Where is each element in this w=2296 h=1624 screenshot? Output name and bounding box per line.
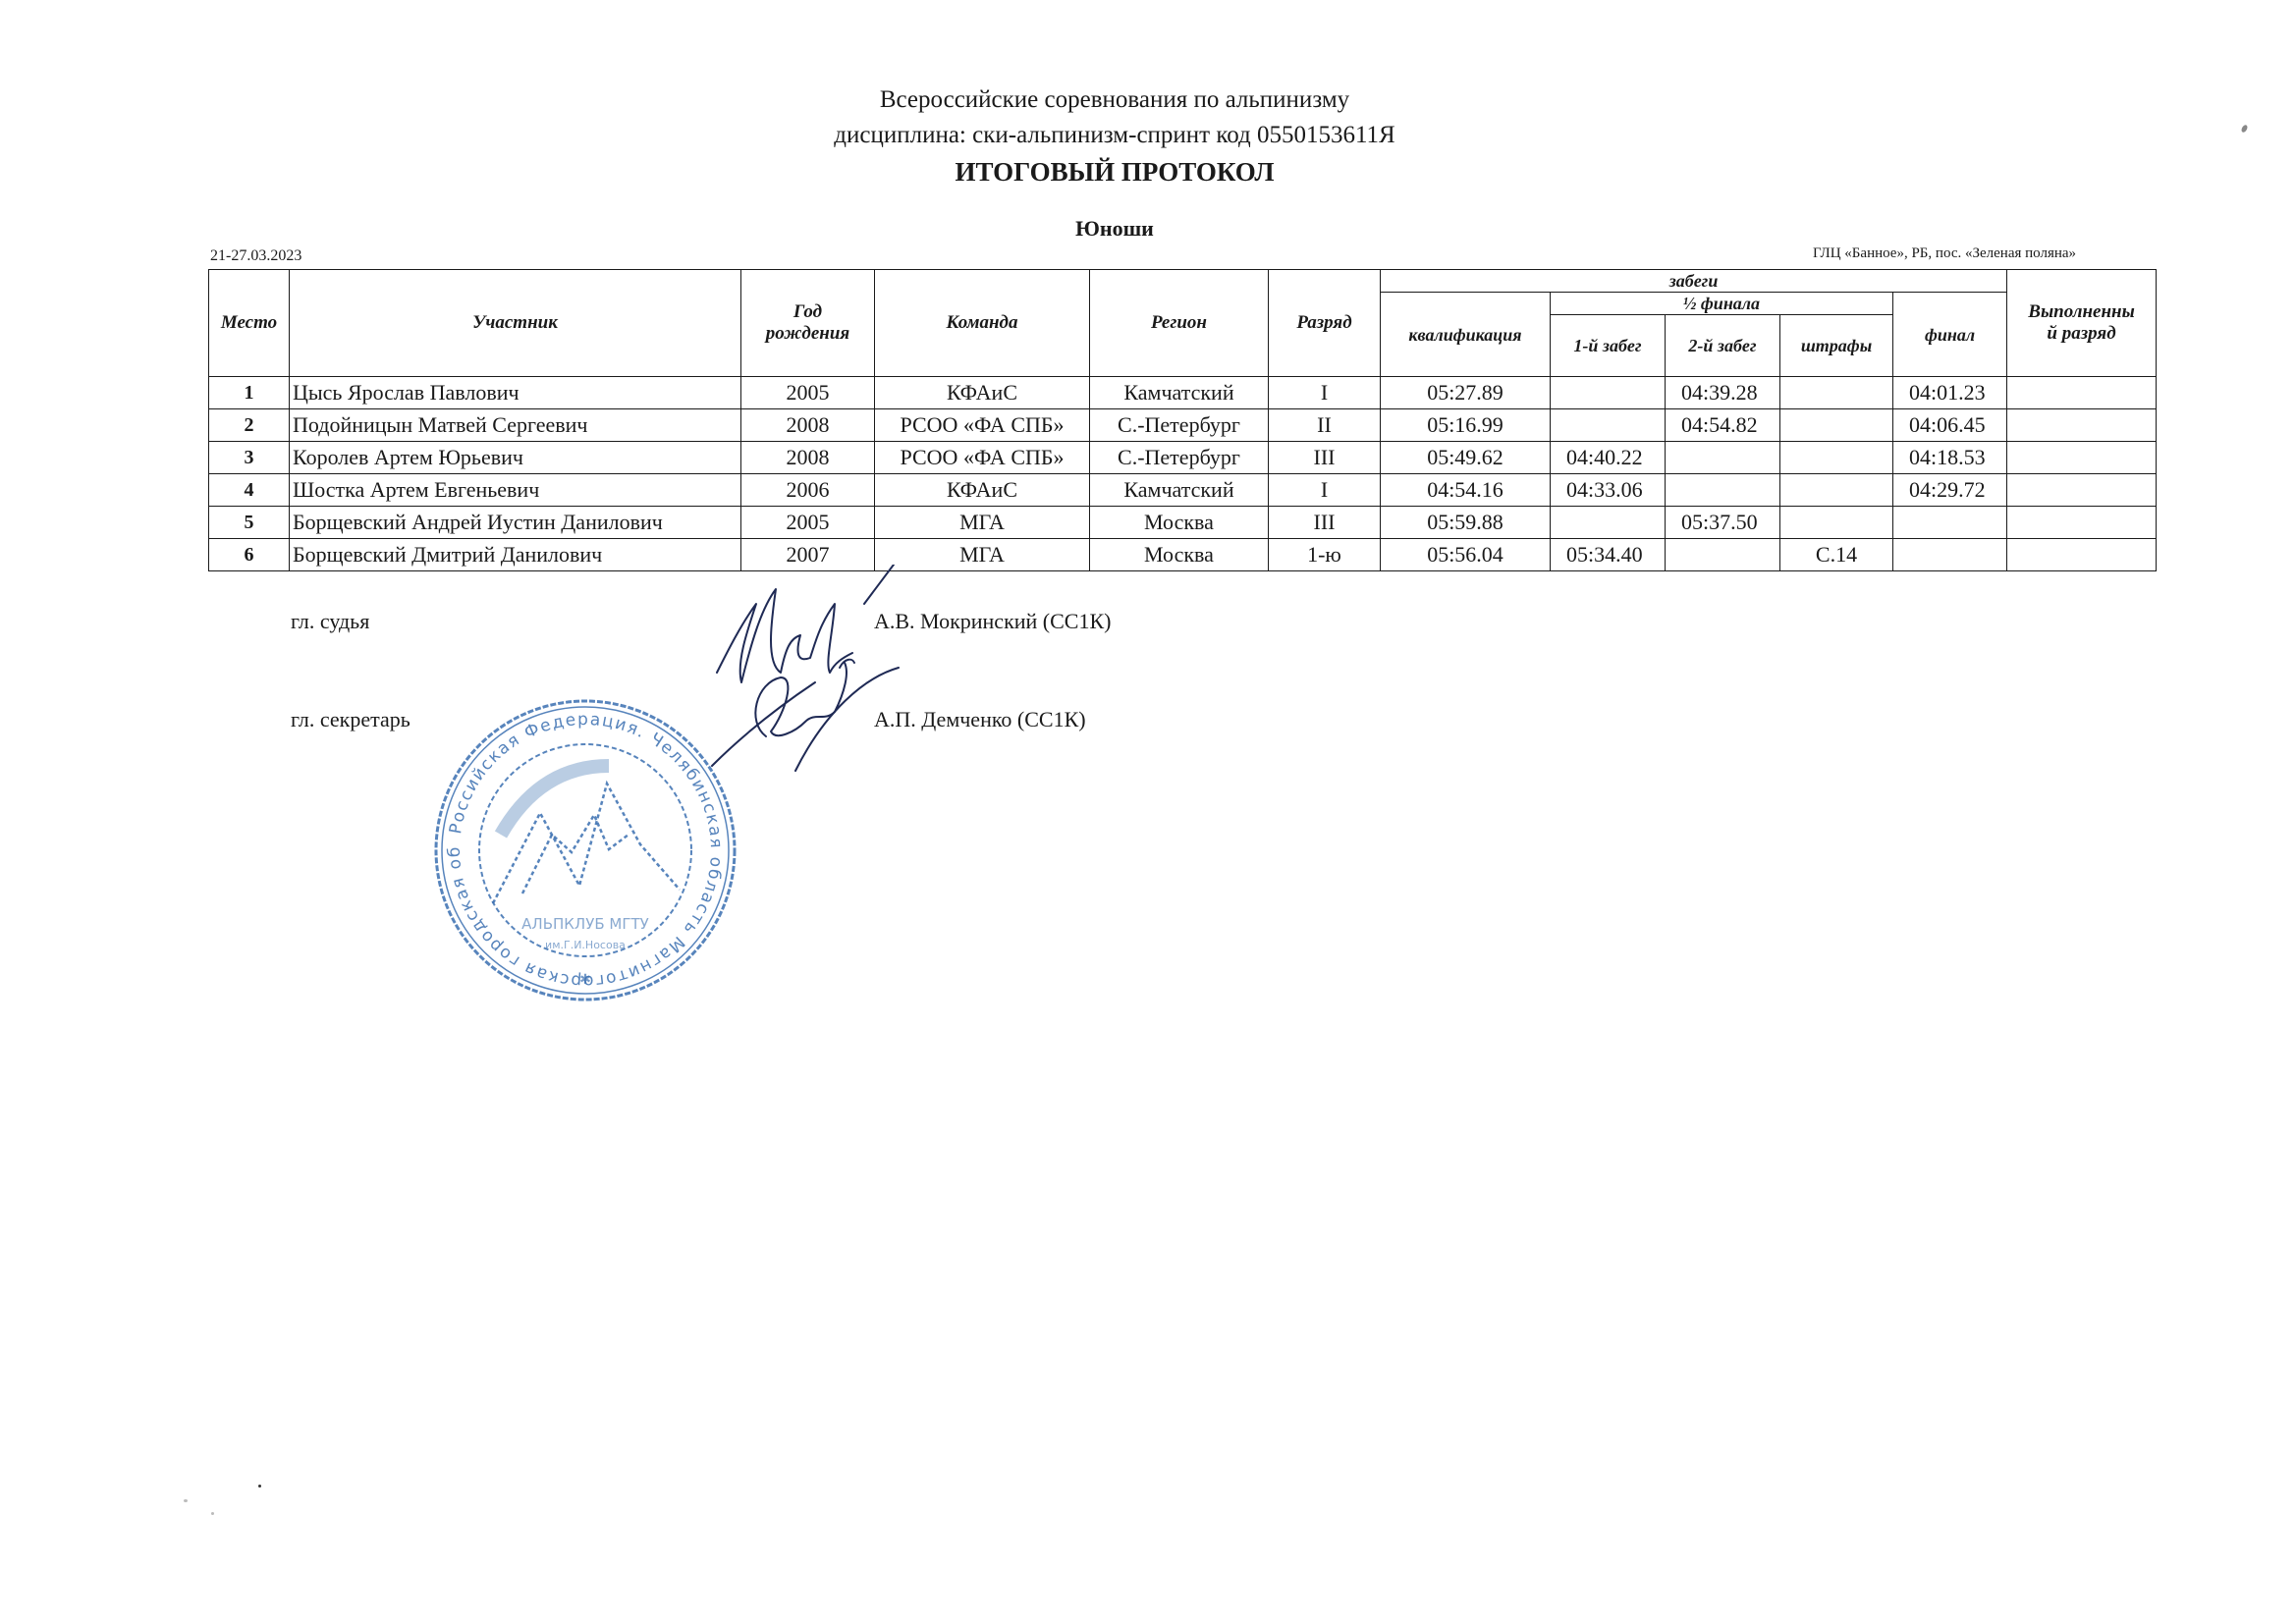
protocol-title: ИТОГОВЫЙ ПРОТОКОЛ xyxy=(0,157,2229,188)
table-row: 6Борщевский Дмитрий Данилович2007МГАМоск… xyxy=(209,539,2157,571)
table-row: 1Цысь Ярослав Павлович2005КФАиСКамчатски… xyxy=(209,377,2157,409)
cell-qualification: 04:54.16 xyxy=(1381,474,1551,507)
cell-rank: 1-ю xyxy=(1269,539,1381,571)
cell-final: 04:18.53 xyxy=(1893,442,2007,474)
cell-rank: II xyxy=(1269,409,1381,442)
cell-rank: III xyxy=(1269,507,1381,539)
cell-birth-year: 2008 xyxy=(741,442,875,474)
secretary-label: гл. секретарь xyxy=(291,707,410,732)
cell-region: Камчатский xyxy=(1090,377,1269,409)
cell-qualification: 05:56.04 xyxy=(1381,539,1551,571)
table-row: 4Шостка Артем Евгеньевич2006КФАиСКамчатс… xyxy=(209,474,2157,507)
scan-speck xyxy=(184,1499,188,1502)
stamp-inner-line1: АЛЬПКЛУБ МГТУ xyxy=(521,915,649,933)
cell-heat2: 05:37.50 xyxy=(1666,507,1780,539)
header-rank: Разряд xyxy=(1269,270,1381,377)
cell-heat1: 04:33.06 xyxy=(1551,474,1666,507)
cell-heat1 xyxy=(1551,409,1666,442)
cell-achieved-rank xyxy=(2007,474,2157,507)
cell-achieved-rank xyxy=(2007,409,2157,442)
svg-text:✱: ✱ xyxy=(579,973,591,988)
cell-participant: Королев Артем Юрьевич xyxy=(290,442,741,474)
cell-participant: Цысь Ярослав Павлович xyxy=(290,377,741,409)
cell-final: 04:06.45 xyxy=(1893,409,2007,442)
results-table: Место Участник Год рождения Команда Реги… xyxy=(208,269,2157,571)
cell-team: КФАиС xyxy=(875,474,1090,507)
cell-region: Москва xyxy=(1090,539,1269,571)
header-achieved-rank-line1: Выполненны xyxy=(2028,301,2134,322)
cell-heat2: 04:39.28 xyxy=(1666,377,1780,409)
cell-heat1: 04:40.22 xyxy=(1551,442,1666,474)
header-achieved-rank: Выполненны й разряд xyxy=(2007,270,2157,377)
cell-achieved-rank xyxy=(2007,539,2157,571)
header-heats: забеги xyxy=(1381,270,2007,293)
signature-icon xyxy=(687,565,913,781)
competition-title: Всероссийские соревнования по альпинизму xyxy=(0,86,2229,114)
cell-heat2 xyxy=(1666,442,1780,474)
competition-venue: ГЛЦ «Банное», РБ, пос. «Зеленая поляна» xyxy=(1813,245,2076,262)
cell-qualification: 05:16.99 xyxy=(1381,409,1551,442)
cell-place: 3 xyxy=(209,442,290,474)
cell-region: С.-Петербург xyxy=(1090,442,1269,474)
cell-final xyxy=(1893,539,2007,571)
cell-final: 04:01.23 xyxy=(1893,377,2007,409)
header-birth-year-line2: рождения xyxy=(766,323,849,344)
cell-region: Москва xyxy=(1090,507,1269,539)
header-qualification: квалификация xyxy=(1381,293,1551,377)
cell-team: МГА xyxy=(875,507,1090,539)
cell-birth-year: 2005 xyxy=(741,377,875,409)
header-region: Регион xyxy=(1090,270,1269,377)
cell-heat1 xyxy=(1551,377,1666,409)
header-heat1: 1-й забег xyxy=(1551,315,1666,377)
cell-heat1 xyxy=(1551,507,1666,539)
cell-region: Камчатский xyxy=(1090,474,1269,507)
cell-place: 6 xyxy=(209,539,290,571)
cell-heat1: 05:34.40 xyxy=(1551,539,1666,571)
cell-qualification: 05:49.62 xyxy=(1381,442,1551,474)
group-title: Юноши xyxy=(0,216,2229,242)
cell-rank: III xyxy=(1269,442,1381,474)
scan-speck xyxy=(211,1512,214,1515)
cell-rank: I xyxy=(1269,377,1381,409)
scan-speck xyxy=(258,1485,261,1488)
cell-place: 5 xyxy=(209,507,290,539)
cell-penalties xyxy=(1780,474,1893,507)
table-row: 2Подойницын Матвей Сергеевич2008РСОО «ФА… xyxy=(209,409,2157,442)
cell-rank: I xyxy=(1269,474,1381,507)
cell-achieved-rank xyxy=(2007,507,2157,539)
cell-team: РСОО «ФА СПБ» xyxy=(875,409,1090,442)
cell-achieved-rank xyxy=(2007,442,2157,474)
cell-penalties xyxy=(1780,442,1893,474)
competition-dates: 21-27.03.2023 xyxy=(210,247,301,265)
header-place: Место xyxy=(209,270,290,377)
cell-team: РСОО «ФА СПБ» xyxy=(875,442,1090,474)
scan-speck xyxy=(2240,124,2248,133)
header-birth-year: Год рождения xyxy=(741,270,875,377)
stamp-inner-line2: им.Г.И.Носова xyxy=(545,939,626,951)
cell-heat2 xyxy=(1666,474,1780,507)
cell-qualification: 05:59.88 xyxy=(1381,507,1551,539)
cell-team: КФАиС xyxy=(875,377,1090,409)
cell-participant: Борщевский Андрей Иустин Данилович xyxy=(290,507,741,539)
cell-participant: Борщевский Дмитрий Данилович xyxy=(290,539,741,571)
cell-participant: Подойницын Матвей Сергеевич xyxy=(290,409,741,442)
header-penalties: штрафы xyxy=(1780,315,1893,377)
header-team: Команда xyxy=(875,270,1090,377)
header-heat2: 2-й забег xyxy=(1666,315,1780,377)
judge-label: гл. судья xyxy=(291,609,369,634)
cell-birth-year: 2006 xyxy=(741,474,875,507)
table-row: 5Борщевский Андрей Иустин Данилович2005М… xyxy=(209,507,2157,539)
header-participant: Участник xyxy=(290,270,741,377)
cell-final xyxy=(1893,507,2007,539)
discipline-line: дисциплина: ски-альпинизм-спринт код 055… xyxy=(0,122,2229,149)
cell-penalties xyxy=(1780,377,1893,409)
cell-penalties xyxy=(1780,409,1893,442)
cell-achieved-rank xyxy=(2007,377,2157,409)
cell-heat2: 04:54.82 xyxy=(1666,409,1780,442)
table-row: 3Королев Артем Юрьевич2008РСОО «ФА СПБ»С… xyxy=(209,442,2157,474)
header-achieved-rank-line2: й разряд xyxy=(2047,323,2115,344)
cell-qualification: 05:27.89 xyxy=(1381,377,1551,409)
cell-penalties xyxy=(1780,507,1893,539)
cell-penalties: С.14 xyxy=(1780,539,1893,571)
cell-place: 2 xyxy=(209,409,290,442)
cell-place: 4 xyxy=(209,474,290,507)
cell-heat2 xyxy=(1666,539,1780,571)
cell-participant: Шостка Артем Евгеньевич xyxy=(290,474,741,507)
cell-birth-year: 2008 xyxy=(741,409,875,442)
cell-place: 1 xyxy=(209,377,290,409)
header-final: финал xyxy=(1893,293,2007,377)
cell-birth-year: 2005 xyxy=(741,507,875,539)
header-birth-year-line1: Год xyxy=(793,301,822,322)
cell-region: С.-Петербург xyxy=(1090,409,1269,442)
header-semifinal: ½ финала xyxy=(1551,293,1893,315)
header-row: Место Участник Год рождения Команда Реги… xyxy=(209,270,2157,293)
cell-final: 04:29.72 xyxy=(1893,474,2007,507)
